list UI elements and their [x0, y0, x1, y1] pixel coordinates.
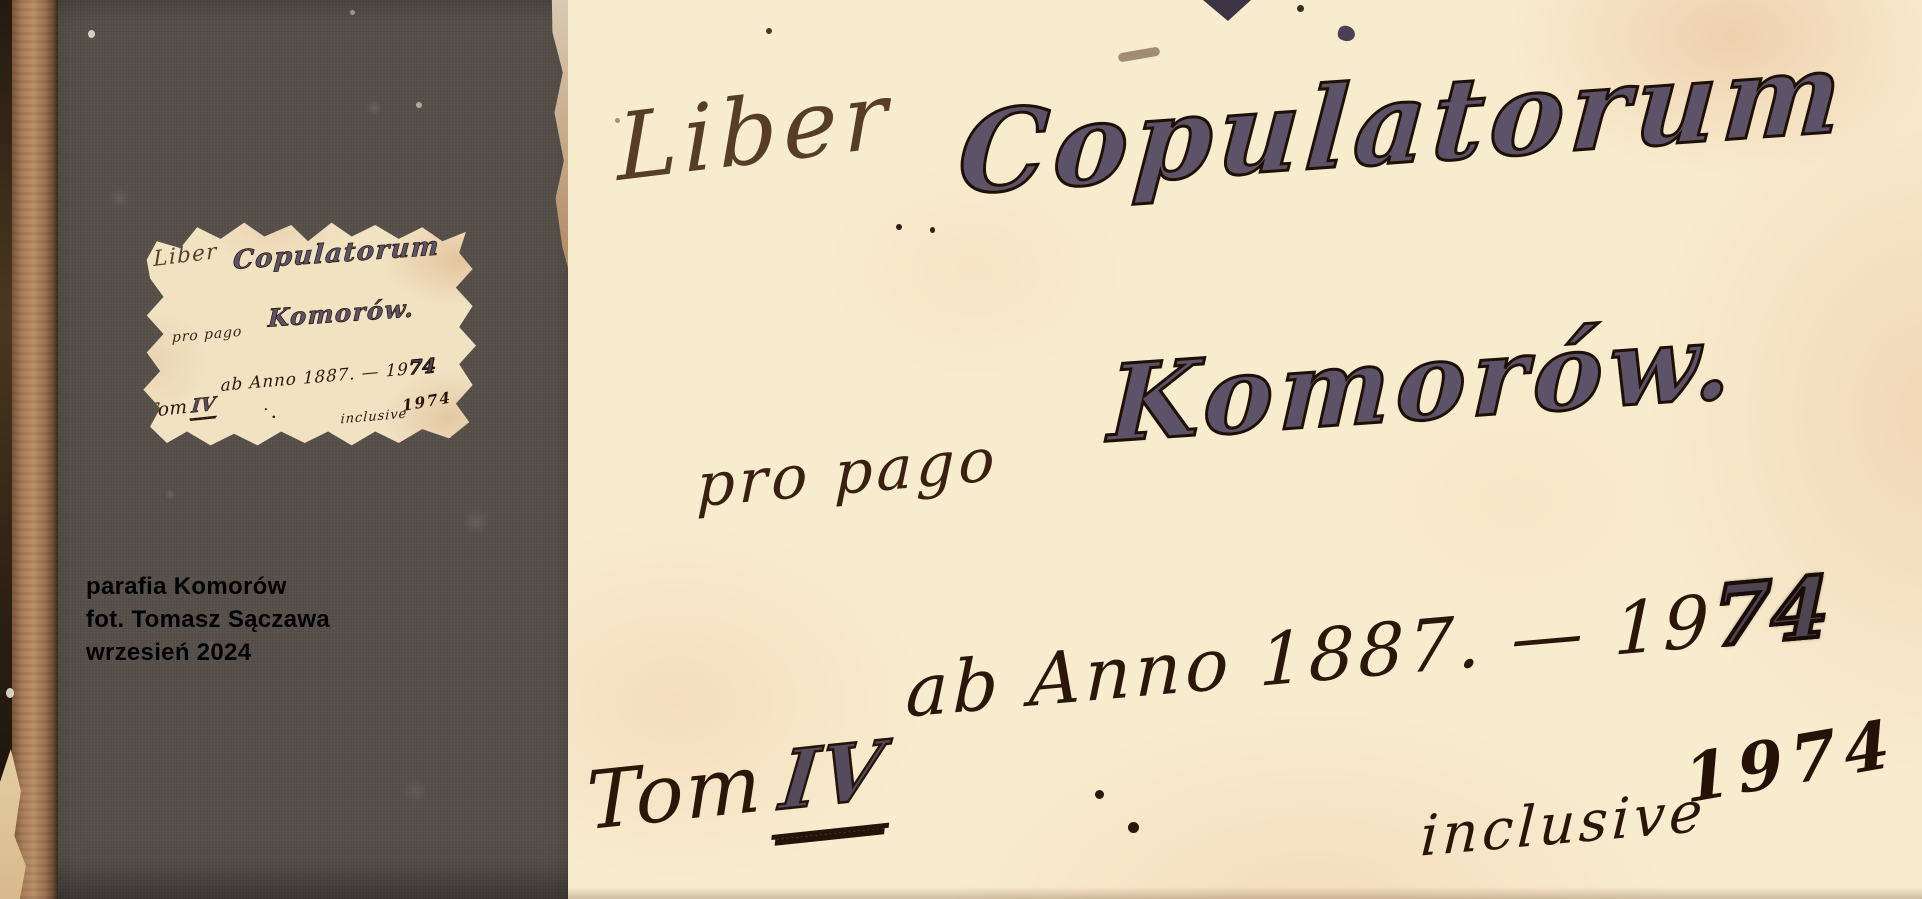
village-word: Komorów. [267, 293, 414, 332]
village-word: Komorów. [1107, 298, 1740, 467]
overwritten-year: 74 [409, 354, 436, 379]
years-range: 1887. — 19 [1258, 579, 1713, 703]
volume-numeral: IV [189, 392, 219, 420]
liber-word: Liber [153, 238, 218, 271]
spine-worn-patch [0, 749, 36, 899]
pro-pago-words: pro pago [696, 425, 999, 522]
spine-speck [6, 688, 14, 698]
cover-label: Liber Copulatorum pro pago Komorów. ab A… [140, 218, 476, 450]
book-spine [0, 0, 58, 899]
ab-anno-words: ab Anno [905, 621, 1233, 734]
label-closeup: Liber Copulatorum pro pago Komorów. ab A… [568, 0, 1922, 899]
copulatorum-word: Copulatorum [954, 26, 1851, 220]
overwritten-year: 74 [1712, 557, 1830, 666]
caption-line-photographer: fot. Tomasz Sączawa [86, 603, 330, 636]
photo-caption: parafia Komorów fot. Tomasz Sączawa wrze… [86, 570, 330, 669]
ab-anno-words: ab Anno [221, 369, 297, 395]
years-line: ab Anno 1887. — 1974 [220, 354, 435, 396]
inclusive-word: inclusive [1419, 779, 1708, 870]
photo-collage: Liber Copulatorum pro pago Komorów. ab A… [0, 0, 1922, 899]
corrected-year: 1974 [401, 388, 452, 415]
cover-label-content: Liber Copulatorum pro pago Komorów. ab A… [142, 224, 457, 433]
cover-speck [350, 10, 355, 15]
caption-line-parish: parafia Komorów [86, 570, 330, 603]
volume-line: TomIV [585, 722, 896, 859]
ink-dot [265, 408, 267, 410]
ink-dot [272, 416, 275, 419]
corrected-year: 1974 [1681, 703, 1902, 818]
ink-dot [1128, 822, 1139, 833]
liber-word: Liber [616, 61, 894, 202]
handwriting: Liber Copulatorum pro pago Komorów. ab A… [568, 0, 1922, 899]
cover-speck [416, 102, 422, 108]
book-cover [58, 0, 568, 899]
book-cover-photo: Liber Copulatorum pro pago Komorów. ab A… [0, 0, 568, 899]
caption-line-date: wrzesień 2024 [86, 636, 330, 669]
pro-pago-words: pro pago [172, 323, 243, 346]
ink-dot [1095, 790, 1104, 799]
copulatorum-word: Copulatorum [232, 230, 441, 275]
tom-word: Tom [585, 737, 764, 849]
worn-corner [542, 0, 568, 268]
years-range: 1887. — 19 [303, 359, 409, 388]
inclusive-word: inclusive [340, 406, 407, 427]
cover-speck [88, 30, 95, 38]
handwriting: Liber Copulatorum pro pago Komorów. ab A… [142, 224, 457, 433]
years-line: ab Anno 1887. — 1974 [905, 557, 1830, 736]
volume-numeral: IV [771, 721, 899, 840]
